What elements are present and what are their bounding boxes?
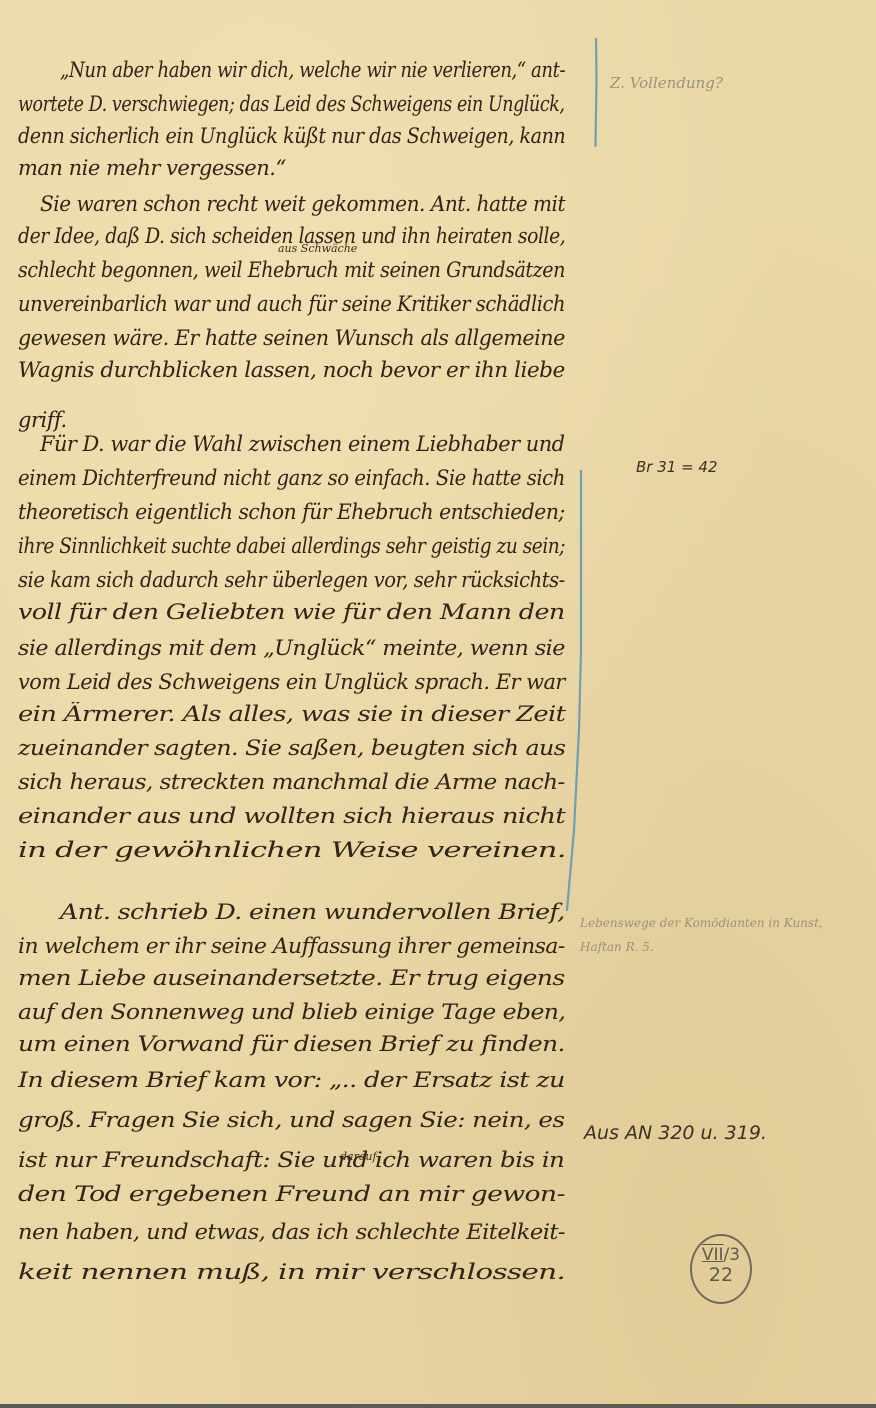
manuscript-line: voll für den Geliebten wie für den Mann …: [18, 600, 565, 624]
letter-reference-note: Br 31 = 42: [636, 458, 718, 476]
manuscript-line: vom Leid des Schweigens ein Unglück spra…: [18, 670, 565, 694]
manuscript-line: einem Dichterfreund nicht ganz so einfac…: [18, 466, 565, 490]
manuscript-line: Sie waren schon recht weit gekommen. Ant…: [40, 192, 565, 216]
manuscript-line: keit nennen muß, in mir verschlossen.: [18, 1260, 565, 1284]
manuscript-line: wortete D. verschwiegen; das Leid des Sc…: [18, 92, 565, 116]
blue-margin-line-middle: [560, 470, 590, 915]
manuscript-line: nen haben, und etwas, das ich schlechte …: [18, 1220, 565, 1244]
manuscript-line: auf den Sonnenweg und blieb einige Tage …: [18, 1000, 565, 1024]
manuscript-line: ein Ärmerer. Als alles, was sie in diese…: [18, 702, 565, 726]
manuscript-page: „Nun aber haben wir dich, welche wir nie…: [0, 0, 876, 1408]
manuscript-line: theoretisch eigentlich schon für Ehebruc…: [18, 500, 565, 524]
manuscript-line: unvereinbarlich war und auch für seine K…: [18, 292, 565, 316]
manuscript-line: „Nun aber haben wir dich, welche wir nie…: [60, 58, 565, 82]
manuscript-line: zueinander sagten. Sie saßen, beugten si…: [18, 736, 565, 760]
manuscript-line: sich heraus, streckten manchmal die Arme…: [18, 770, 565, 794]
manuscript-line: In diesem Brief kam vor: „.. der Ersatz …: [18, 1068, 565, 1092]
manuscript-line: in der gewöhnlichen Weise vereinen.: [18, 838, 566, 862]
manuscript-line: griff.: [18, 408, 67, 432]
manuscript-line: in welchem er ihr seine Auffassung ihrer…: [18, 934, 565, 958]
archive-stamp: VII/3 22: [690, 1234, 752, 1304]
pencil-note-middle-2: Haftan R. 5.: [580, 940, 654, 954]
manuscript-line: sie kam sich dadurch sehr überlegen vor,…: [18, 568, 565, 592]
manuscript-line: sie allerdings mit dem „Unglück“ meinte,…: [18, 636, 565, 660]
stamp-top: VII/3: [692, 1246, 750, 1264]
manuscript-line: ihre Sinnlichkeit suchte dabei allerding…: [18, 534, 565, 558]
manuscript-line: ist nur Freundschaft: Sie und ich waren …: [18, 1148, 564, 1172]
manuscript-line: Ant. schrieb D. einen wundervollen Brief…: [60, 900, 565, 924]
manuscript-line: Für D. war die Wahl zwischen einem Liebh…: [40, 432, 565, 456]
blue-margin-line-top: [590, 38, 602, 148]
manuscript-line: um einen Vorwand für diesen Brief zu fin…: [18, 1032, 565, 1056]
scan-bottom-edge: [0, 1404, 876, 1408]
manuscript-line: man nie mehr vergessen.“: [18, 156, 286, 180]
manuscript-line: gewesen wäre. Er hatte seinen Wunsch als…: [18, 326, 565, 350]
manuscript-line: Wagnis durchblicken lassen, noch bevor e…: [18, 358, 565, 382]
interlinear-insertion: aus Schwäche: [278, 242, 357, 255]
manuscript-line: schlecht begonnen, weil Ehebruch mit sei…: [18, 258, 565, 282]
stamp-roman-numeral: VII: [702, 1245, 724, 1265]
manuscript-line: men Liebe auseinandersetzte. Er trug eig…: [18, 966, 565, 990]
pencil-note-middle-1: Lebenswege der Komödianten in Kunst,: [580, 916, 823, 930]
stamp-top-number: 3: [729, 1245, 740, 1265]
manuscript-line: groß. Fragen Sie sich, und sagen Sie: ne…: [18, 1108, 564, 1132]
manuscript-line: den Tod ergebenen Freund an mir gewon-: [18, 1182, 565, 1206]
manuscript-line: denn sicherlich ein Unglück küßt nur das…: [18, 124, 565, 148]
interlinear-insertion: darauf: [340, 1150, 377, 1163]
source-reference-note: Aus AN 320 u. 319.: [584, 1122, 767, 1144]
pencil-note-top: Z. Vollendung?: [610, 74, 723, 92]
stamp-bottom-number: 22: [692, 1264, 750, 1286]
manuscript-line: einander aus und wollten sich hieraus ni…: [18, 804, 565, 828]
